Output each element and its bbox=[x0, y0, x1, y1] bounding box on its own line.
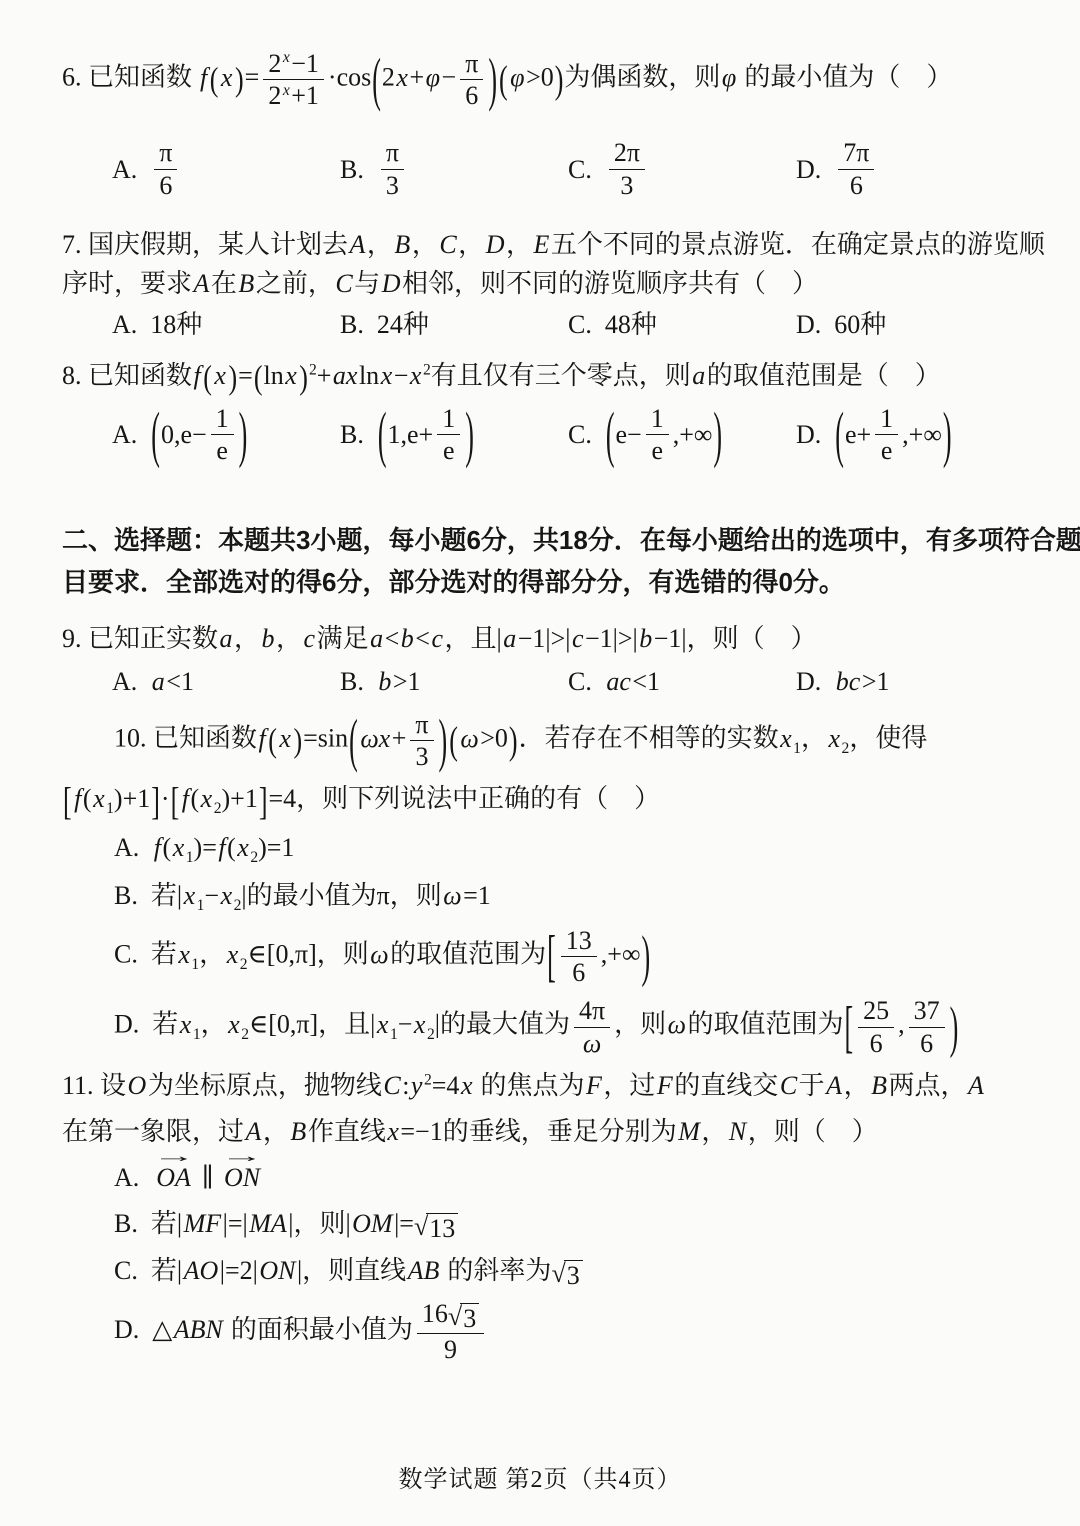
math-var: N bbox=[727, 1117, 747, 1146]
math-var: A bbox=[192, 269, 211, 298]
math-var: φ bbox=[720, 63, 737, 92]
math-superscript: 2 bbox=[424, 1071, 432, 1088]
math-var: f bbox=[199, 63, 209, 92]
question-7-stem-line2: 序时，要求A在B之前，C与D相邻，则不同的游览顺序共有（ ） bbox=[62, 264, 1024, 303]
math-var: a bbox=[150, 662, 166, 701]
question-9-option-b: B. b>1 bbox=[340, 662, 568, 701]
math-var: a bbox=[502, 624, 518, 653]
math-delimiter: [ bbox=[546, 914, 557, 1000]
question-6-options: A. π6 B. π3 C. 2π3 D. 7π6 bbox=[112, 137, 1024, 200]
math-delimiter: ] bbox=[150, 772, 161, 831]
question-8-option-d: D. (e+1e,+∞) bbox=[796, 403, 1024, 466]
question-9: 9. 已知正实数a，b，c满足a<b<c，且|a−1|>|c−1|>|b−1|，… bbox=[62, 619, 1024, 701]
math-var: b bbox=[399, 624, 415, 653]
question-11: 11. 设O为坐标原点，抛物线C:y2=4x 的焦点为F，过F的直线交C于A，B… bbox=[62, 1066, 1024, 1366]
math-var: C bbox=[438, 230, 458, 259]
math-var: a bbox=[691, 361, 707, 390]
math-delimiter: ( bbox=[267, 715, 278, 766]
exam-page: 6. 已知函数 f(x)=2x−12x+1·cos(2x+φ−π6)(φ>0)为… bbox=[0, 0, 1080, 1366]
math-var: MA bbox=[248, 1209, 289, 1238]
question-6: 6. 已知函数 f(x)=2x−12x+1·cos(2x+φ−π6)(φ>0)为… bbox=[62, 48, 1024, 201]
question-8-stem: 8. 已知函数f(x)=(lnx)2+axlnx−x2有且仅有三个零点，则a的取… bbox=[62, 356, 1024, 398]
question-7: 7. 国庆假期，某人计划去A，B，C，D，E五个不同的景点游览．在确定景点的游览… bbox=[62, 225, 1024, 344]
math-var: C bbox=[778, 1071, 798, 1100]
math-var: a bbox=[218, 624, 234, 653]
math-var: y bbox=[409, 1071, 424, 1100]
math-delimiter: ) bbox=[438, 696, 449, 786]
question-6-option-c: C. 2π3 bbox=[568, 137, 796, 200]
math-var: MF bbox=[182, 1209, 223, 1238]
question-9-options: A. a<1 B. b>1 C. ac<1 D. bc>1 bbox=[112, 662, 1024, 701]
math-fraction: 256 bbox=[858, 995, 894, 1058]
question-7-option-d: D. 60种 bbox=[796, 305, 1024, 344]
math-var: x bbox=[779, 724, 794, 753]
math-var: ω bbox=[581, 1029, 602, 1058]
math-delimiter: ) bbox=[554, 50, 565, 109]
question-8-option-a: A. (0,e−1e) bbox=[112, 403, 340, 466]
section-2-header-line2: 目要求．全部选对的得6分，部分选对的得部分分，有选错的得0分。 bbox=[62, 561, 1024, 603]
section-2-header-line1: 二、选择题：本题共3小题，每小题6分，共18分．在每小题给出的选项中，有多项符合… bbox=[62, 519, 1024, 561]
math-var: f bbox=[152, 833, 162, 862]
math-delimiter: ) bbox=[942, 388, 953, 482]
math-delimiter: ( bbox=[498, 50, 509, 109]
math-sqrt: √13 bbox=[414, 1213, 458, 1244]
math-var: x bbox=[459, 1071, 474, 1100]
question-6-option-d: D. 7π6 bbox=[796, 137, 1024, 200]
math-var: b bbox=[377, 662, 393, 701]
math-sqrt: √3 bbox=[448, 1303, 479, 1334]
math-var: b bbox=[260, 624, 276, 653]
math-var: x bbox=[412, 1010, 427, 1039]
math-var: B bbox=[393, 230, 412, 259]
question-10-option-a: A. f(x1)=f(x2)=1 bbox=[114, 828, 1024, 870]
math-delimiter: ( bbox=[202, 352, 213, 403]
math-var: f bbox=[257, 724, 267, 753]
math-var: bc bbox=[834, 662, 862, 701]
math-subscript: 1 bbox=[191, 956, 199, 973]
math-delimiter: ) bbox=[238, 388, 249, 482]
question-9-option-c: C. ac<1 bbox=[568, 662, 796, 701]
math-fraction: 1e bbox=[211, 403, 234, 466]
math-subscript: 2 bbox=[234, 898, 242, 915]
math-var: ωx bbox=[359, 724, 392, 753]
math-var: A bbox=[348, 230, 367, 259]
math-var: D bbox=[380, 269, 402, 298]
math-delimiter: ( bbox=[371, 35, 382, 125]
math-var: x bbox=[379, 361, 394, 390]
math-var: ω bbox=[666, 1010, 687, 1039]
math-fraction: 4πω bbox=[574, 995, 610, 1058]
question-8-option-c: C. (e−1e,+∞) bbox=[568, 403, 796, 466]
math-superscript: 2 bbox=[423, 361, 431, 378]
math-delimiter: [ bbox=[62, 772, 73, 831]
question-9-stem: 9. 已知正实数a，b，c满足a<b<c，且|a−1|>|c−1|>|b−1|，… bbox=[62, 619, 1024, 658]
question-10-stem-line2: [f(x1)+1]·[f(x2)+1]=4，则下列说法中正确的有（ ） bbox=[62, 779, 1024, 821]
question-10-option-c: C. 若x1，x2∈[0,π]，则ω的取值范围为[136,+∞) bbox=[114, 925, 1024, 988]
math-var: x bbox=[177, 940, 192, 969]
math-var: O bbox=[126, 1071, 148, 1100]
math-var: f bbox=[217, 833, 227, 862]
math-var: OM bbox=[351, 1209, 394, 1238]
question-7-option-b: B. 24种 bbox=[340, 305, 568, 344]
math-var: B bbox=[870, 1071, 889, 1100]
math-sqrt: √3 bbox=[551, 1260, 582, 1291]
math-var: ac bbox=[605, 662, 633, 701]
math-var: C bbox=[334, 269, 354, 298]
question-11-option-b: B. 若|MF|=|MA|，则|OM|=√13 bbox=[114, 1204, 1024, 1244]
math-var: x bbox=[284, 361, 299, 390]
math-var: C bbox=[382, 1071, 402, 1100]
math-var: x bbox=[827, 724, 842, 753]
math-var: f bbox=[192, 361, 202, 390]
math-fraction: 2π3 bbox=[609, 137, 645, 200]
math-subscript: 1 bbox=[390, 1026, 398, 1043]
question-7-options: A. 18种 B. 24种 C. 48种 D. 60种 bbox=[112, 305, 1024, 344]
math-superscript: 2 bbox=[309, 361, 317, 378]
math-var: M bbox=[677, 1117, 702, 1146]
math-subscript: 2 bbox=[240, 956, 248, 973]
math-var: E bbox=[532, 230, 551, 259]
section-2-header: 二、选择题：本题共3小题，每小题6分，共18分．在每小题给出的选项中，有多项符合… bbox=[62, 519, 1024, 603]
question-7-stem-line1: 7. 国庆假期，某人计划去A，B，C，D，E五个不同的景点游览．在确定景点的游览… bbox=[62, 225, 1024, 264]
math-var: ON bbox=[258, 1256, 297, 1285]
math-delimiter: ( bbox=[253, 352, 264, 403]
math-var: x bbox=[225, 940, 240, 969]
math-fraction: 1e bbox=[437, 403, 460, 466]
math-var: c bbox=[430, 624, 445, 653]
math-delimiter: ) bbox=[464, 388, 475, 482]
math-var: x bbox=[278, 724, 293, 753]
math-fraction: π3 bbox=[410, 709, 433, 772]
math-var: AB bbox=[406, 1256, 441, 1285]
math-var: x bbox=[199, 784, 214, 813]
math-var: x bbox=[375, 1010, 390, 1039]
math-delimiter: ) bbox=[292, 715, 303, 766]
math-var: x bbox=[171, 833, 186, 862]
math-var: φ bbox=[509, 63, 526, 92]
math-delimiter: ( bbox=[448, 711, 459, 770]
question-8: 8. 已知函数f(x)=(lnx)2+axlnx−x2有且仅有三个零点，则a的取… bbox=[62, 356, 1024, 467]
math-vector: →ON bbox=[224, 1158, 260, 1197]
math-var: AO bbox=[182, 1256, 220, 1285]
question-7-option-c: C. 48种 bbox=[568, 305, 796, 344]
question-10-option-b: B. 若|x1−x2|的最小值为π，则ω=1 bbox=[114, 876, 1024, 918]
math-fraction: π6 bbox=[154, 137, 177, 200]
math-var: F bbox=[655, 1071, 674, 1100]
math-var: A bbox=[244, 1117, 263, 1146]
question-10-stem-line1: 10. 已知函数f(x)=sin(ωx+π3)(ω>0)．若存在不相等的实数x1… bbox=[114, 709, 1024, 772]
math-delimiter: ) bbox=[641, 914, 652, 1000]
math-subscript: 1 bbox=[106, 800, 114, 817]
math-subscript: 2 bbox=[842, 740, 850, 757]
question-8-options: A. (0,e−1e) B. (1,e+1e) C. (e−1e,+∞) D. … bbox=[112, 403, 1024, 466]
math-var: D bbox=[484, 230, 506, 259]
math-var: B bbox=[237, 269, 256, 298]
math-delimiter: ) bbox=[298, 352, 309, 403]
math-delimiter: [ bbox=[170, 772, 181, 831]
math-var: ω bbox=[369, 940, 390, 969]
math-var: c bbox=[302, 624, 317, 653]
question-9-option-d: D. bc>1 bbox=[796, 662, 1024, 701]
math-var: A bbox=[825, 1071, 844, 1100]
math-fraction: 1e bbox=[646, 403, 669, 466]
math-superscript: x bbox=[281, 82, 291, 99]
math-subscript: 2 bbox=[241, 1026, 249, 1043]
math-delimiter: ( bbox=[377, 388, 388, 482]
math-subscript: 1 bbox=[197, 898, 205, 915]
math-var: x bbox=[213, 361, 228, 390]
math-var: x bbox=[408, 361, 423, 390]
math-delimiter: ) bbox=[508, 711, 519, 770]
question-11-option-d: D. △ABN 的面积最小值为16√39 bbox=[114, 1298, 1024, 1366]
math-delimiter: ) bbox=[949, 984, 960, 1070]
question-6-option-a: A. π6 bbox=[112, 137, 340, 200]
question-10: 10. 已知函数f(x)=sin(ωx+π3)(ω>0)．若存在不相等的实数x1… bbox=[62, 709, 1024, 1059]
math-var: F bbox=[585, 1071, 604, 1100]
math-var: x bbox=[219, 63, 234, 92]
math-var: B bbox=[289, 1117, 308, 1146]
question-11-stem-line2: 在第一象限，过A，B作直线x=−1的垂线，垂足分别为M，N，则（ ） bbox=[62, 1112, 1024, 1151]
math-subscript: 2 bbox=[427, 1026, 435, 1043]
math-var: ω bbox=[459, 724, 480, 753]
math-fraction: 376 bbox=[909, 995, 945, 1058]
math-fraction: π3 bbox=[381, 137, 404, 200]
math-var: f bbox=[73, 784, 83, 813]
question-10-option-d: D. 若x1，x2∈[0,π]，且|x1−x2|的最大值为4πω，则ω的取值范围… bbox=[114, 995, 1024, 1058]
math-subscript: 1 bbox=[186, 849, 194, 866]
math-var: ax bbox=[331, 361, 359, 390]
question-6-stem: 6. 已知函数 f(x)=2x−12x+1·cos(2x+φ−π6)(φ>0)为… bbox=[62, 48, 1024, 111]
question-11-option-a: A. →OA ∥ →ON bbox=[114, 1158, 1024, 1197]
math-fraction: 7π6 bbox=[838, 137, 874, 200]
math-delimiter: ) bbox=[487, 35, 498, 125]
question-8-option-b: B. (1,e+1e) bbox=[340, 403, 568, 466]
math-var: ABN bbox=[172, 1315, 224, 1344]
question-6-option-b: B. π3 bbox=[340, 137, 568, 200]
math-var: x bbox=[227, 1010, 242, 1039]
math-delimiter: ( bbox=[348, 696, 359, 786]
math-vector: →OA bbox=[156, 1158, 191, 1197]
math-delimiter: ( bbox=[209, 54, 220, 105]
math-var: φ bbox=[424, 63, 441, 92]
math-var: ω bbox=[442, 881, 463, 910]
math-subscript: 1 bbox=[793, 740, 801, 757]
math-fraction: 16√39 bbox=[417, 1298, 484, 1366]
math-delimiter: ( bbox=[605, 388, 616, 482]
math-var: c bbox=[570, 624, 585, 653]
math-var: x bbox=[182, 881, 197, 910]
math-var: x bbox=[386, 1117, 401, 1146]
math-var: x bbox=[395, 63, 410, 92]
math-var: x bbox=[92, 784, 107, 813]
math-var: f bbox=[180, 784, 190, 813]
math-fraction: π6 bbox=[460, 48, 483, 111]
math-var: b bbox=[638, 624, 654, 653]
math-subscript: 2 bbox=[214, 800, 222, 817]
math-delimiter: ) bbox=[712, 388, 723, 482]
math-var: x bbox=[236, 833, 251, 862]
math-fraction: 136 bbox=[561, 925, 597, 988]
math-var: a bbox=[369, 624, 385, 653]
math-fraction: 1e bbox=[875, 403, 898, 466]
page-footer: 数学试题 第2页（共4页） bbox=[0, 1459, 1080, 1494]
math-var: x bbox=[219, 881, 234, 910]
math-superscript: x bbox=[281, 49, 291, 66]
question-11-option-c: C. 若|AO|=2|ON|，则直线AB 的斜率为√3 bbox=[114, 1251, 1024, 1291]
math-var: x bbox=[178, 1010, 193, 1039]
math-delimiter: ( bbox=[150, 388, 161, 482]
math-delimiter: ) bbox=[227, 352, 238, 403]
math-delimiter: ] bbox=[258, 772, 269, 831]
math-delimiter: ( bbox=[834, 388, 845, 482]
question-11-stem-line1: 11. 设O为坐标原点，抛物线C:y2=4x 的焦点为F，过F的直线交C于A，B… bbox=[62, 1066, 1024, 1105]
question-9-option-a: A. a<1 bbox=[112, 662, 340, 701]
math-var: A bbox=[966, 1071, 985, 1100]
question-7-option-a: A. 18种 bbox=[112, 305, 340, 344]
math-fraction: 2x−12x+1 bbox=[263, 48, 324, 111]
math-subscript: 1 bbox=[193, 1026, 201, 1043]
math-delimiter: ) bbox=[234, 54, 245, 105]
math-subscript: 2 bbox=[250, 849, 258, 866]
math-delimiter: [ bbox=[844, 984, 855, 1070]
